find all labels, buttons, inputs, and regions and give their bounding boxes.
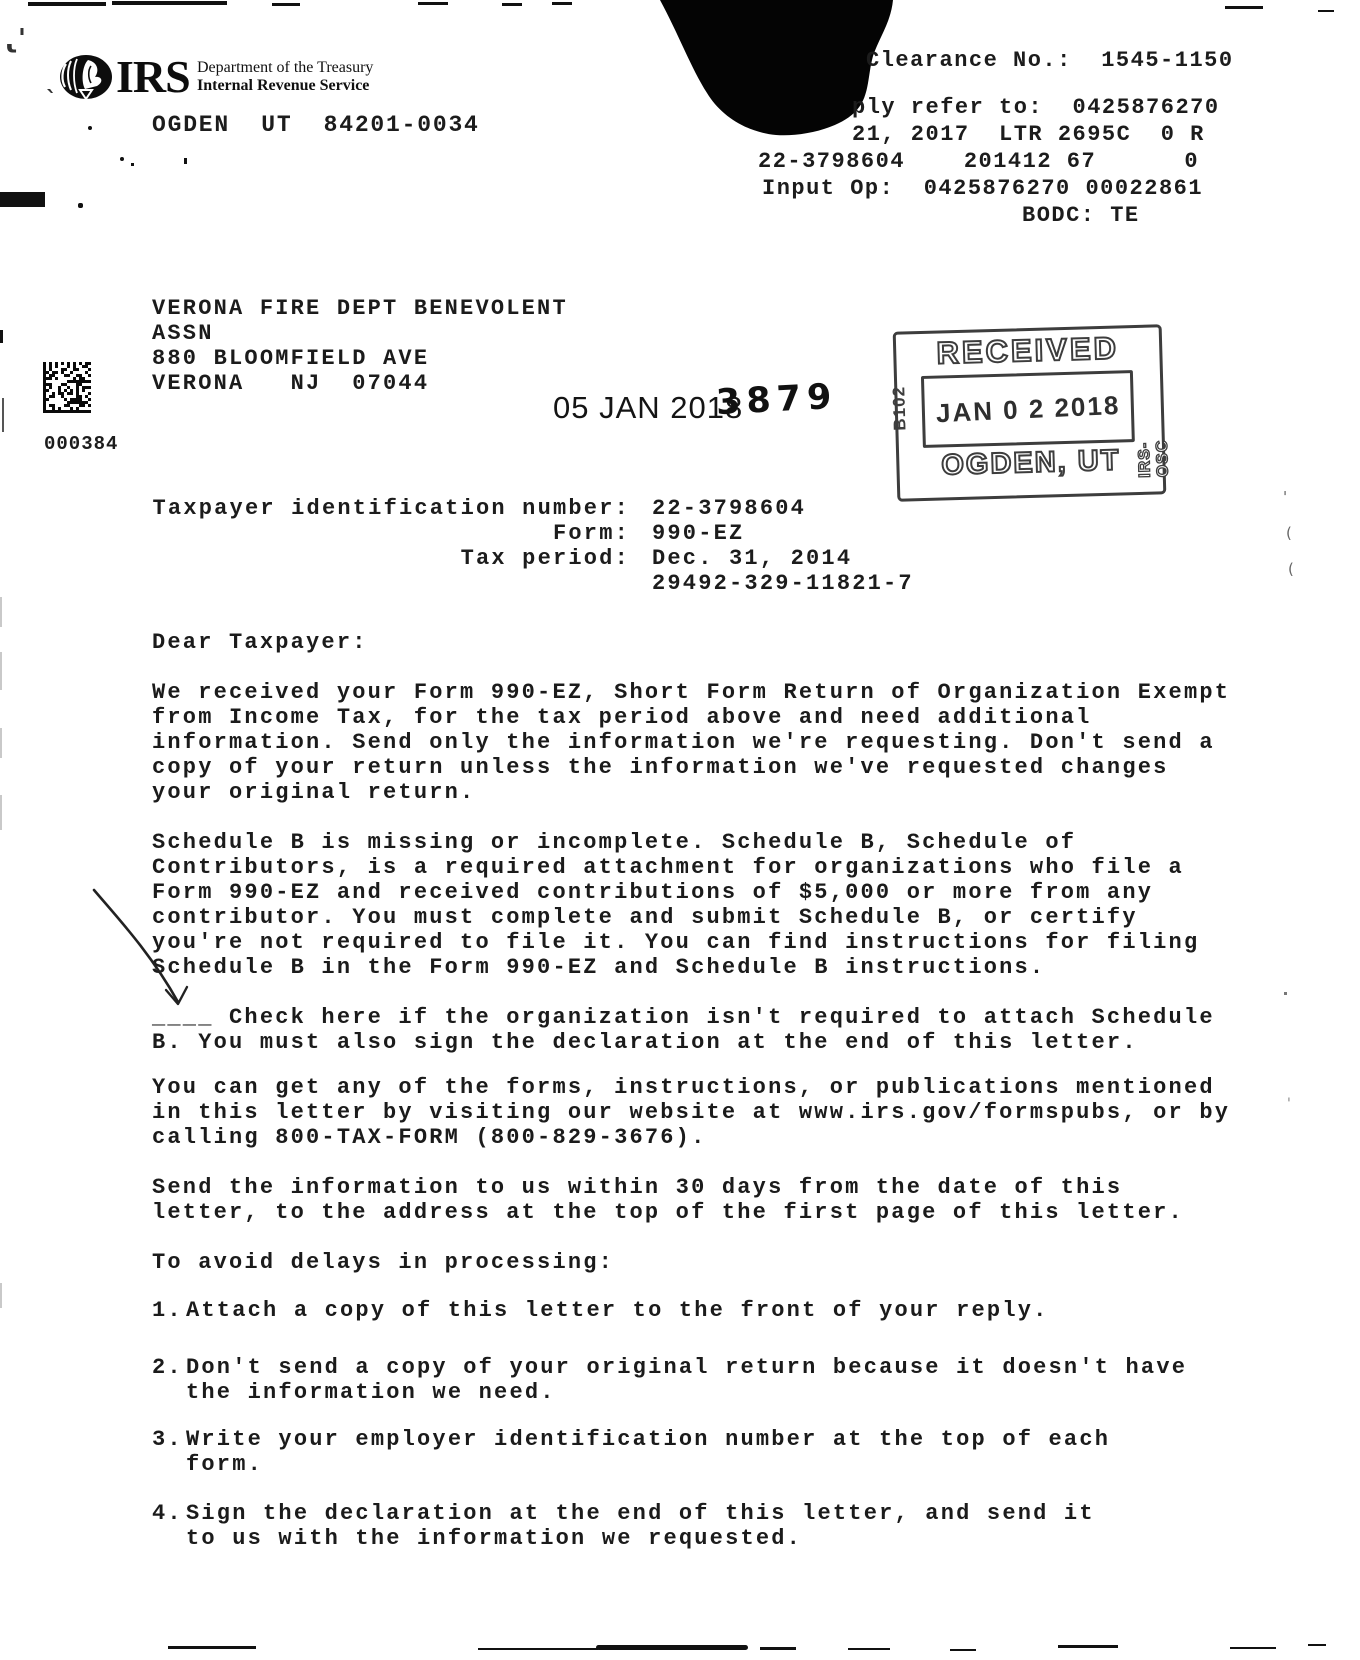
internal-revenue-service-line: Internal Revenue Service [197,77,369,95]
paragraph-send-30-days: Send the information to us within 30 day… [152,1175,1184,1225]
reference-row: Taxpayer identification number: 22-37986… [152,496,914,521]
clearance-number-line: Clearance No.: 1545-1150 [866,48,1234,73]
list-item: 1. Attach a copy of this letter to the f… [152,1298,1049,1323]
ein-cycle-line: 22-3798604 201412 67 0 [758,149,1199,174]
scan-artifact [0,795,2,830]
scan-black-bar [0,192,45,207]
paragraph-schedule-b: Schedule B is missing or incomplete. Sch… [152,830,1199,980]
scan-artifact [2,398,4,432]
list-item-number: 4. [152,1501,186,1551]
ink-speck [1284,992,1287,995]
list-item-text: Sign the declaration at the end of this … [186,1501,1095,1551]
scan-artifact [596,1645,748,1650]
received-stamp-date: JAN 0 2 2018 [935,389,1121,428]
scan-artifact [0,652,2,690]
data-matrix-barcode-icon [43,362,91,416]
ink-speck [184,158,187,164]
paragraph-check-here: ____ Check here if the organization isn'… [152,1005,1215,1055]
bodc-line: BODC: TE [1022,203,1140,228]
ink-speck: ( [1286,524,1292,542]
list-item: 3. Write your employer identification nu… [152,1427,1110,1477]
received-stamp-title: RECEIVED [896,329,1160,372]
ink-speck [88,126,92,130]
scan-artifact [272,3,300,6]
scan-artifact [0,728,2,758]
sequence-number: 000384 [44,433,118,455]
handdrawn-arrow [80,878,210,1023]
ink-speck: ' [1287,1096,1291,1112]
scan-artifact [418,2,448,5]
scan-artifact [552,2,572,5]
form-value: 990-EZ [652,521,744,546]
irs-wordmark: IRS [116,50,190,103]
received-stamp-location: OGDEN, UT [899,443,1163,483]
scan-artifact [0,330,3,343]
scan-artifact [950,1649,976,1651]
scan-artifact [168,1646,256,1649]
scan-artifact [848,1648,890,1650]
service-center-address: OGDEN UT 84201-0034 [152,112,480,138]
scan-artifact [28,2,106,6]
dln-label [152,571,630,596]
letter-date-line: 21, 2017 LTR 2695C 0 R [852,122,1205,147]
received-stamp: RECEIVED JAN 0 2 2018 B102 IRS-OSC OGDEN… [893,324,1167,501]
scan-artifact [1225,6,1263,9]
reference-row: 29492-329-11821-7 [152,571,914,596]
handwritten-number: 3879 [715,377,838,423]
list-item-number: 3. [152,1427,186,1477]
list-item: 4. Sign the declaration at the end of th… [152,1501,1095,1551]
paragraph-avoid-delays: To avoid delays in processing: [152,1250,614,1275]
received-stamp-date-box: JAN 0 2 2018 [921,370,1135,448]
scan-artifact [112,1,227,5]
reference-row: Form: 990-EZ [152,521,914,546]
salutation: Dear Taxpayer: [152,630,368,655]
tin-value: 22-3798604 [652,496,806,521]
scan-artifact [760,1647,796,1650]
scan-artifact [502,3,522,6]
scan-artifact [1318,10,1334,12]
ink-speck: ' [1283,488,1287,506]
scanned-irs-letter: ̢' ` ' ( ( ' IRS Department of the Treas… [0,0,1360,1660]
list-item-text: Attach a copy of this letter to the fron… [186,1298,1049,1323]
paragraph-received-return: We received your Form 990-EZ, Short Form… [152,680,1230,805]
dept-of-treasury-line: Department of the Treasury [197,59,373,77]
ink-speck [78,203,83,208]
ink-speck [120,157,124,161]
tin-label: Taxpayer identification number: [152,496,630,521]
scan-artifact [0,1283,2,1308]
reference-row: Tax period: Dec. 31, 2014 [152,546,914,571]
reference-block: Taxpayer identification number: 22-37986… [152,496,914,596]
tax-period-value: Dec. 31, 2014 [652,546,852,571]
list-item: 2. Don't send a copy of your original re… [152,1355,1187,1405]
list-item-text: Write your employer identification numbe… [186,1427,1110,1477]
ink-speck: ( [1288,560,1294,578]
paragraph-forms-pubs: You can get any of the forms, instructio… [152,1075,1230,1150]
ink-speck: ̢' [18,24,26,54]
list-item-text: Don't send a copy of your original retur… [186,1355,1187,1405]
in-reply-refer-line: ply refer to: 0425876270 [852,95,1220,120]
ink-speck [131,163,134,166]
list-item-number: 2. [152,1355,186,1405]
received-stamp-left-code: B102 [889,386,910,431]
ink-speck: ` [46,88,57,113]
scan-artifact [478,1648,598,1650]
scan-artifact [1058,1645,1118,1648]
list-item-number: 1. [152,1298,186,1323]
tax-period-label: Tax period: [152,546,630,571]
scan-artifact [1308,1644,1326,1646]
scan-artifact [0,597,2,627]
recipient-address: VERONA FIRE DEPT BENEVOLENT ASSN 880 BLO… [152,296,568,396]
scan-artifact [1230,1647,1276,1649]
form-label: Form: [152,521,630,546]
irs-eagle-icon [58,54,114,102]
dln-value: 29492-329-11821-7 [652,571,914,596]
input-op-line: Input Op: 0425876270 00022861 [762,176,1203,201]
